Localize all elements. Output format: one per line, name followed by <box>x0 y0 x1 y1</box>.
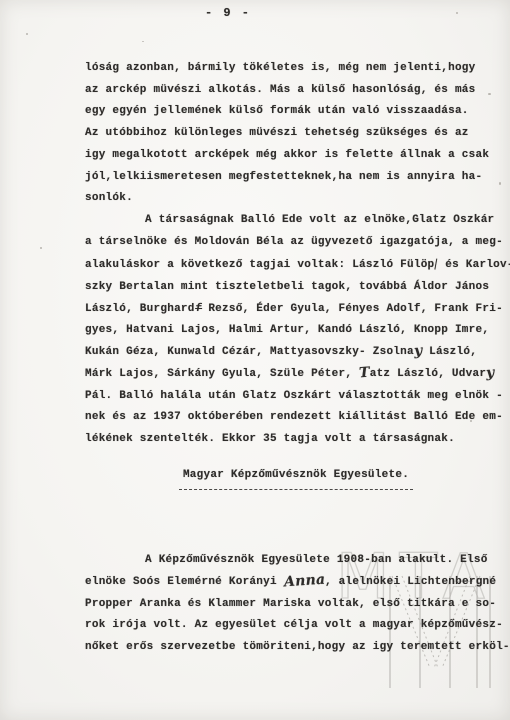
text-line: Propper Aranka és Klammer Mariska voltak… <box>85 594 483 616</box>
paper-speck <box>488 93 491 95</box>
paper-speck <box>142 41 144 42</box>
text-segment: atz László, Udvar <box>370 368 486 380</box>
text-line: nőket erős szervezetbe tömöriteni,hogy a… <box>85 637 483 659</box>
text-line: jól,lelkiismeretesen megfestetteknek,ha … <box>85 167 483 189</box>
text-line: Kukán Géza, Kunwald Cézár, Mattyasovszky… <box>85 342 483 364</box>
paragraph: A Képzőművésznök Egyesülete 1908-ban ala… <box>85 550 483 659</box>
text-segment: elnöke Soós Elemérné Korányi <box>85 576 284 588</box>
handwritten-correction: T <box>359 372 370 373</box>
text-column: lóság azonban, bármily tökéletes is, még… <box>85 58 483 659</box>
text-line: Pál. Balló halála után Glatz Oszkárt vál… <box>85 386 483 408</box>
text-line: A társaságnak Balló Ede volt az elnöke,G… <box>85 210 483 232</box>
text-line: szky Bertalan mint tiszteletbeli tagok, … <box>85 277 483 299</box>
text-segment: , alelnökei Lichtenbergné <box>325 576 496 588</box>
text-line: igy megalkotott arcképek még akkor is fe… <box>85 145 483 167</box>
text-line: alakuláskor a következő tagjai voltak: L… <box>85 253 483 277</box>
text-segment: Kukán Géza, Kunwald Cézár, Mattyasovszky… <box>85 346 414 358</box>
page-number: - 9 - <box>205 6 251 20</box>
text-line: rok irója volt. Az egyesület célja volt … <box>85 615 483 637</box>
text-segment: László, <box>422 346 477 358</box>
text-line: László, Burghardf Rezső, Éder Gyula, Fén… <box>85 299 483 321</box>
paper-speck <box>456 12 458 14</box>
handwritten-correction: Anna <box>284 580 325 583</box>
text-segment: Márk Lajos, Sárkány Gyula, Szüle Péter, <box>85 368 359 380</box>
section-heading: Magyar Képzőművésznök Egyesülete. <box>179 465 413 491</box>
text-line: sonlók. <box>85 188 483 210</box>
text-line: Az utóbbihoz különleges müvészi tehetség… <box>85 123 483 145</box>
text-line: A Képzőművésznök Egyesülete 1908-ban ala… <box>85 550 483 572</box>
paper-speck <box>499 182 501 185</box>
paper-speck <box>26 33 28 35</box>
section-heading-wrap: Magyar Képzőművésznök Egyesülete. <box>85 465 483 491</box>
scanned-document-page: MTA - 9 - lóság azonban, bármily tökélet… <box>0 0 510 720</box>
text-line: gyes, Hatvani Lajos, Halmi Artur, Kandó … <box>85 320 483 342</box>
text-segment: Rezső, Éder Gyula, Fényes Adolf, Frank F… <box>201 303 502 315</box>
handwritten-correction: y <box>486 373 494 374</box>
text-line: lóság azonban, bármily tökéletes is, még… <box>85 58 483 80</box>
text-segment: alakuláskor a következő tagjai voltak: L… <box>85 259 434 271</box>
text-segment: és Karlov- <box>438 259 510 271</box>
text-segment: László, Burghard <box>85 303 195 315</box>
paper-speck <box>40 247 42 249</box>
text-line: Márk Lajos, Sárkány Gyula, Szüle Péter, … <box>85 364 483 386</box>
handwritten-correction: y <box>414 351 422 352</box>
text-line: nek és az 1937 októberében rendezett kiá… <box>85 407 483 429</box>
text-line: egy egyén jellemének külső formák után v… <box>85 101 483 123</box>
text-line: elnöke Soós Elemérné Korányi Anna, aleln… <box>85 572 483 594</box>
text-line: az arckép müvészi alkotás. Más a külső h… <box>85 80 483 102</box>
text-line: a társelnöke és Moldován Béla az ügyveze… <box>85 232 483 254</box>
text-line: lékének szentelték. Ekkor 35 tagja volt … <box>85 429 483 451</box>
